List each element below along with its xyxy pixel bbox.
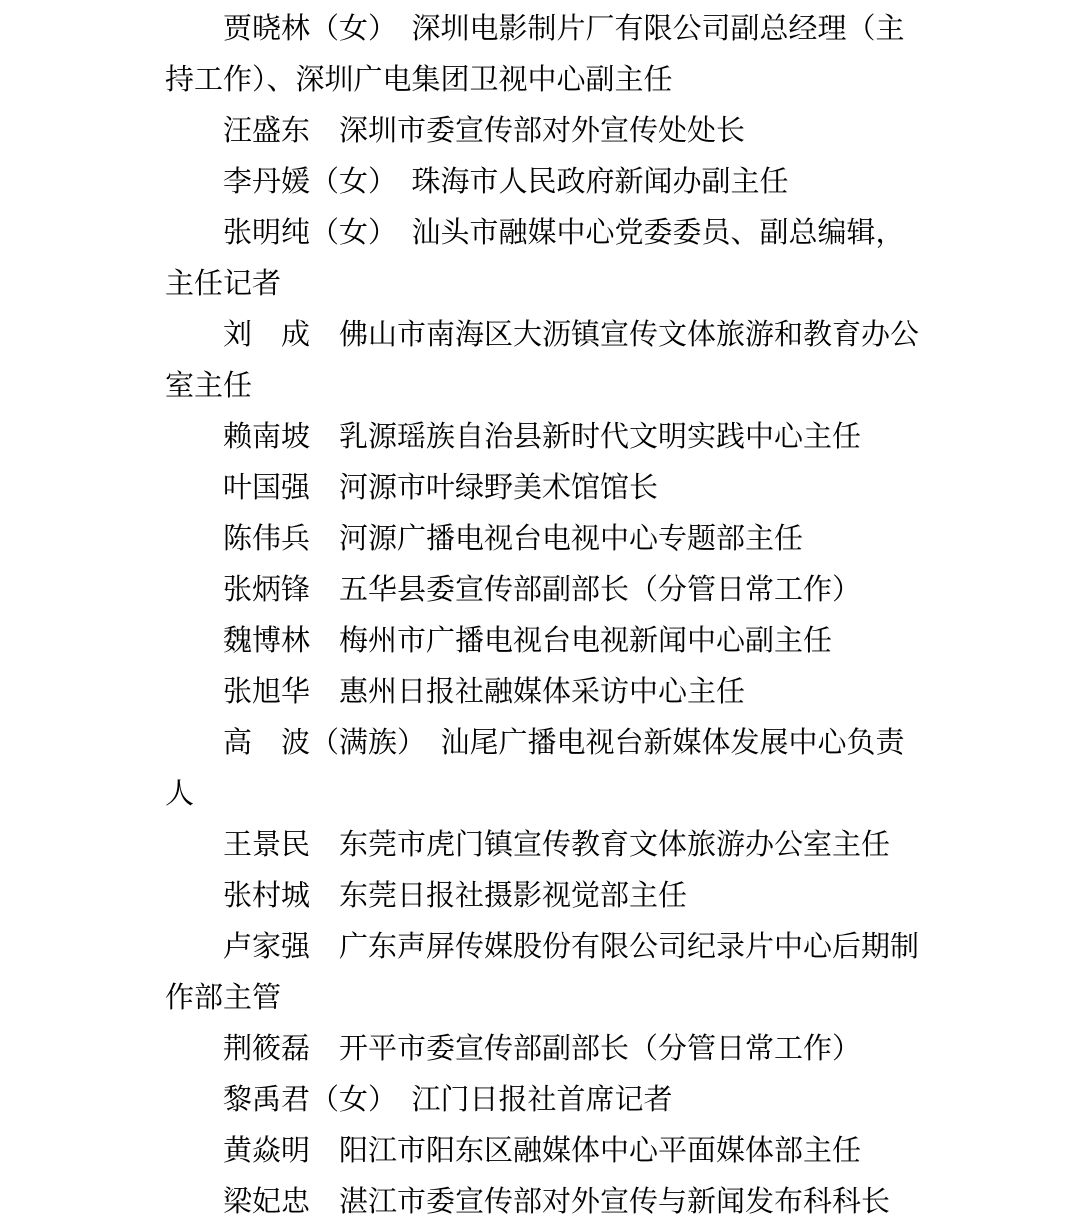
- name-title-separator: [310, 421, 339, 453]
- person-title: 湛江市委宣传部对外宣传与新闻发布科科长: [339, 1186, 890, 1218]
- person-name: 黎禹君: [223, 1084, 310, 1116]
- roster-entry: 荆筱磊 开平市委宣传部副部长（分管日常工作）: [165, 1024, 934, 1075]
- person-name: 卢家强: [223, 931, 310, 963]
- name-title-separator: [310, 115, 339, 147]
- person-title: 梅州市广播电视台电视新闻中心副主任: [339, 625, 832, 657]
- person-name: 高 波: [223, 727, 310, 759]
- document-page: { "page": { "background_color": "#ffffff…: [0, 0, 1080, 1227]
- roster-entry: 梁妃忠 湛江市委宣传部对外宣传与新闻发布科科长: [165, 1177, 934, 1227]
- roster-entry: 赖南坡 乳源瑶族自治县新时代文明实践中心主任: [165, 412, 934, 463]
- person-title: 东莞日报社摄影视觉部主任: [339, 880, 687, 912]
- person-title: 惠州日报社融媒体采访中心主任: [339, 676, 745, 708]
- roster-document: 贾晓林（女） 深圳电影制片厂有限公司副总经理（主持工作）、深圳广电集团卫视中心副…: [0, 0, 1080, 1227]
- person-name: 黄焱明: [223, 1135, 310, 1167]
- person-title: 河源市叶绿野美术馆馆长: [339, 472, 658, 504]
- name-title-separator: [412, 727, 441, 759]
- gender-ethnic-note: （女）: [310, 13, 383, 45]
- person-title: 东莞市虎门镇宣传教育文体旅游办公室主任: [339, 829, 890, 861]
- person-name: 张村城: [223, 880, 310, 912]
- name-title-separator: [310, 880, 339, 912]
- name-title-separator: [310, 1186, 339, 1218]
- person-name: 张明纯: [223, 217, 310, 249]
- roster-entry: 刘 成 佛山市南海区大沥镇宣传文体旅游和教育办公室主任: [165, 310, 934, 412]
- gender-ethnic-note: （女）: [310, 166, 383, 198]
- person-title: 河源广播电视台电视中心专题部主任: [339, 523, 803, 555]
- name-title-separator: [310, 931, 339, 963]
- person-name: 陈伟兵: [223, 523, 310, 555]
- name-title-separator: [310, 574, 339, 606]
- name-title-separator: [383, 166, 412, 198]
- name-title-separator: [383, 13, 412, 45]
- person-name: 赖南坡: [223, 421, 310, 453]
- name-title-separator: [310, 676, 339, 708]
- person-name: 贾晓林: [223, 13, 310, 45]
- person-name: 汪盛东: [223, 115, 310, 147]
- name-title-separator: [310, 523, 339, 555]
- gender-ethnic-note: （女）: [310, 1084, 383, 1116]
- roster-entry: 张炳锋 五华县委宣传部副部长（分管日常工作）: [165, 565, 934, 616]
- person-name: 王景民: [223, 829, 310, 861]
- roster-entry: 黄焱明 阳江市阳东区融媒体中心平面媒体部主任: [165, 1126, 934, 1177]
- roster-entry: 张村城 东莞日报社摄影视觉部主任: [165, 871, 934, 922]
- person-name: 叶国强: [223, 472, 310, 504]
- name-title-separator: [310, 625, 339, 657]
- person-name: 刘 成: [223, 319, 310, 351]
- name-title-separator: [310, 472, 339, 504]
- name-title-separator: [310, 829, 339, 861]
- gender-ethnic-note: （女）: [310, 217, 383, 249]
- name-title-separator: [383, 1084, 412, 1116]
- name-title-separator: [310, 319, 339, 351]
- person-title: 五华县委宣传部副部长（分管日常工作）: [339, 574, 861, 606]
- person-name: 张旭华: [223, 676, 310, 708]
- roster-entry: 张旭华 惠州日报社融媒体采访中心主任: [165, 667, 934, 718]
- person-title: 乳源瑶族自治县新时代文明实践中心主任: [339, 421, 861, 453]
- roster-entry: 张明纯（女） 汕头市融媒中心党委委员、副总编辑，主任记者: [165, 208, 934, 310]
- roster-entry: 魏博林 梅州市广播电视台电视新闻中心副主任: [165, 616, 934, 667]
- person-title: 开平市委宣传部副部长（分管日常工作）: [339, 1033, 861, 1065]
- roster-entry: 叶国强 河源市叶绿野美术馆馆长: [165, 463, 934, 514]
- name-title-separator: [383, 217, 412, 249]
- person-title: 深圳市委宣传部对外宣传处处长: [339, 115, 745, 147]
- person-name: 荆筱磊: [223, 1033, 310, 1065]
- person-title: 阳江市阳东区融媒体中心平面媒体部主任: [339, 1135, 861, 1167]
- roster-entry: 汪盛东 深圳市委宣传部对外宣传处处长: [165, 106, 934, 157]
- person-name: 魏博林: [223, 625, 310, 657]
- person-name: 梁妃忠: [223, 1186, 310, 1218]
- person-title: 江门日报社首席记者: [412, 1084, 673, 1116]
- roster-entry: 李丹媛（女） 珠海市人民政府新闻办副主任: [165, 157, 934, 208]
- person-title: 珠海市人民政府新闻办副主任: [412, 166, 789, 198]
- roster-entry: 贾晓林（女） 深圳电影制片厂有限公司副总经理（主持工作）、深圳广电集团卫视中心副…: [165, 4, 934, 106]
- name-title-separator: [310, 1033, 339, 1065]
- roster-entry: 卢家强 广东声屏传媒股份有限公司纪录片中心后期制作部主管: [165, 922, 934, 1024]
- name-title-separator: [310, 1135, 339, 1167]
- gender-ethnic-note: （满族）: [310, 727, 412, 759]
- roster-entry: 黎禹君（女） 江门日报社首席记者: [165, 1075, 934, 1126]
- roster-entry: 王景民 东莞市虎门镇宣传教育文体旅游办公室主任: [165, 820, 934, 871]
- person-name: 李丹媛: [223, 166, 310, 198]
- roster-entry: 陈伟兵 河源广播电视台电视中心专题部主任: [165, 514, 934, 565]
- person-name: 张炳锋: [223, 574, 310, 606]
- roster-entry: 高 波（满族） 汕尾广播电视台新媒体发展中心负责人: [165, 718, 934, 820]
